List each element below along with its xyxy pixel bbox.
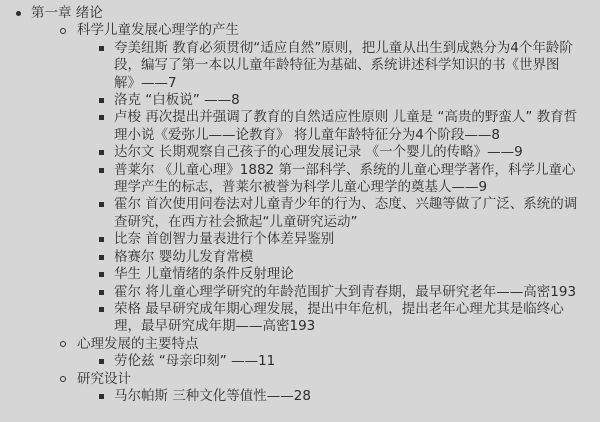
outline-item-entry: 荣格 最早研究成年期心理发展，提出中年危机，提出老年心理尤其是临终心理，最早研究… xyxy=(0,301,600,336)
outline-item-entry: 卢梭 再次提出并强调了教育的自然适应性原则 儿童是 “高贵的野蛮人” 教育哲理小… xyxy=(0,109,600,144)
square-bullet-icon xyxy=(99,237,104,242)
entry-text: 普莱尔 《儿童心理》1882 第一部科学、系统的儿童心理学著作，科学儿童心理学产… xyxy=(114,162,578,197)
square-bullet-icon xyxy=(99,272,104,277)
square-bullet-icon xyxy=(99,168,104,173)
outline-item-entry: 比奈 首创智力量表进行个体差异鉴别 xyxy=(0,231,600,248)
square-bullet-icon xyxy=(99,150,104,155)
outline-item-entry: 夸美纽斯 教育必须贯彻“适应自然”原则，把儿童从出生到成熟分为4个年龄阶段，编写… xyxy=(0,40,600,92)
entry-text: 卢梭 再次提出并强调了教育的自然适应性原则 儿童是 “高贵的野蛮人” 教育哲理小… xyxy=(114,109,578,144)
outline-item-entry: 普莱尔 《儿童心理》1882 第一部科学、系统的儿童心理学著作，科学儿童心理学产… xyxy=(0,162,600,197)
square-bullet-icon xyxy=(99,290,104,295)
outline-item-entry: 洛克 “白板说” ——8 xyxy=(0,92,600,109)
outline-item-entry: 劳伦兹 “母亲印刻” ——11 xyxy=(0,353,600,370)
square-bullet-icon xyxy=(99,115,104,120)
outline-item-entry: 霍尔 将儿童心理学研究的年龄范围扩大到青春期，最早研究老年——高密193 xyxy=(0,284,600,301)
outline-item-section: 研究设计 xyxy=(0,371,600,388)
disc-bullet-icon xyxy=(16,11,21,16)
section-label: 科学儿童发展心理学的产生 xyxy=(77,22,600,39)
outline-item-entry: 华生 儿童情绪的条件反射理论 xyxy=(0,266,600,283)
outline-item-entry: 马尔帕斯 三种文化等值性——28 xyxy=(0,388,600,405)
square-bullet-icon xyxy=(99,202,104,207)
entry-text: 洛克 “白板说” ——8 xyxy=(114,92,578,109)
entry-text: 华生 儿童情绪的条件反射理论 xyxy=(114,266,578,283)
square-bullet-icon xyxy=(99,359,104,364)
section-label: 心理发展的主要特点 xyxy=(77,336,600,353)
square-bullet-icon xyxy=(99,307,104,312)
outline: 第一章 绪论 科学儿童发展心理学的产生 夸美纽斯 教育必须贯彻“适应自然”原则，… xyxy=(0,0,600,405)
square-bullet-icon xyxy=(99,394,104,399)
outline-item-section: 科学儿童发展心理学的产生 xyxy=(0,22,600,39)
entry-text: 马尔帕斯 三种文化等值性——28 xyxy=(114,388,578,405)
entry-text: 夸美纽斯 教育必须贯彻“适应自然”原则，把儿童从出生到成熟分为4个年龄阶段，编写… xyxy=(114,40,578,92)
circle-bullet-icon xyxy=(60,341,66,347)
entry-text: 荣格 最早研究成年期心理发展，提出中年危机，提出老年心理尤其是临终心理，最早研究… xyxy=(114,301,578,336)
entry-text: 比奈 首创智力量表进行个体差异鉴别 xyxy=(114,231,578,248)
outline-item-section: 心理发展的主要特点 xyxy=(0,336,600,353)
entry-text: 劳伦兹 “母亲印刻” ——11 xyxy=(114,353,578,370)
section-label: 研究设计 xyxy=(77,371,600,388)
entry-text: 格赛尔 婴幼儿发育常模 xyxy=(114,249,578,266)
circle-bullet-icon xyxy=(60,28,66,34)
outline-item-entry: 霍尔 首次使用问卷法对儿童青少年的行为、态度、兴趣等做了广泛、系统的调查研究，在… xyxy=(0,196,600,231)
entry-text: 达尔文 长期观察自己孩子的心理发展记录 《一个婴儿的传略》——9 xyxy=(114,144,578,161)
outline-item-entry: 格赛尔 婴幼儿发育常模 xyxy=(0,249,600,266)
square-bullet-icon xyxy=(99,255,104,260)
entry-text: 霍尔 将儿童心理学研究的年龄范围扩大到青春期，最早研究老年——高密193 xyxy=(114,284,578,301)
outline-item-entry: 达尔文 长期观察自己孩子的心理发展记录 《一个婴儿的传略》——9 xyxy=(0,144,600,161)
square-bullet-icon xyxy=(99,46,104,51)
square-bullet-icon xyxy=(99,98,104,103)
circle-bullet-icon xyxy=(60,376,66,382)
chapter-title: 第一章 绪论 xyxy=(31,5,600,22)
entry-text: 霍尔 首次使用问卷法对儿童青少年的行为、态度、兴趣等做了广泛、系统的调查研究，在… xyxy=(114,196,578,231)
outline-item-chapter: 第一章 绪论 xyxy=(0,5,600,22)
